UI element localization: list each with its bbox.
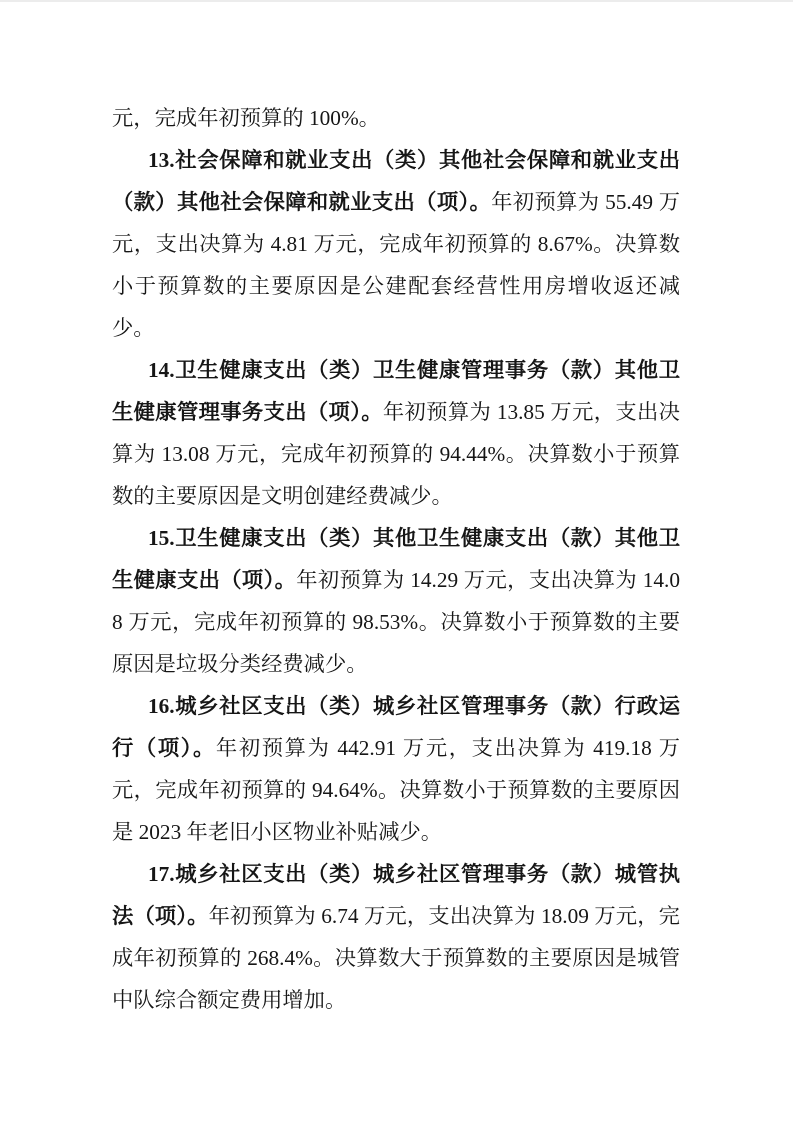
paragraph-text: 元，完成年初预算的 100%。 — [112, 106, 380, 130]
paragraph-continuation: 元，完成年初预算的 100%。 — [112, 97, 680, 139]
paragraph-item-13: 13.社会保障和就业支出（类）其他社会保障和就业支出（款）其他社会保障和就业支出… — [112, 139, 680, 349]
paragraph-item-15: 15.卫生健康支出（类）其他卫生健康支出（款）其他卫生健康支出（项）。年初预算为… — [112, 517, 680, 685]
document-page: 元，完成年初预算的 100%。 13.社会保障和就业支出（类）其他社会保障和就业… — [0, 0, 793, 1122]
document-body: 元，完成年初预算的 100%。 13.社会保障和就业支出（类）其他社会保障和就业… — [112, 97, 680, 1021]
paragraph-item-14: 14.卫生健康支出（类）卫生健康管理事务（款）其他卫生健康管理事务支出（项）。年… — [112, 349, 680, 517]
paragraph-item-16: 16.城乡社区支出（类）城乡社区管理事务（款）行政运行（项）。年初预算为 442… — [112, 685, 680, 853]
paragraph-item-17: 17.城乡社区支出（类）城乡社区管理事务（款）城管执法（项）。年初预算为 6.7… — [112, 853, 680, 1021]
